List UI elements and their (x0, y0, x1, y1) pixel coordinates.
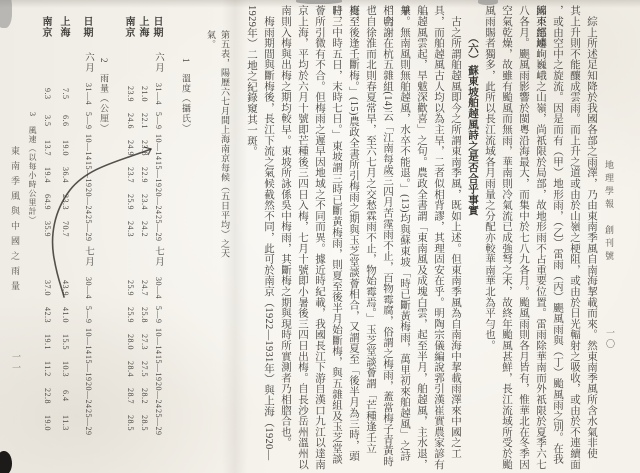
article-column: ，或由空中之旋流。因是而有（甲）地形雨，（乙）雷雨（丙）颶風雨與（丁）颱風雨之別… (549, 5, 566, 470)
article-text-block: 綜上所述足知降於我國各部之雨澤，乃由東南季風自南海挈載而來。然東南季風所含水氣非… (242, 5, 600, 470)
article-column: 空氣乾燥，故雖有颱風而無雨，華南則冷氣流已成強弩之末，故終年颱風甚鮮，長江流域所… (498, 5, 515, 470)
ink-annotation-curve (0, 0, 230, 473)
article-column: 舶趠風雲起，旱魃深歡喜」之句。農政全書謂「東南風及成塊白雲，起至半月，舶趠風，主… (413, 5, 430, 470)
article-column: 風雨賜者獨多，此所以長江流域各月雨量之分配亦較華南華北為平勻也。 (481, 5, 498, 470)
article-column: 京上海，平均於六月十號即芒種後三四日入梅，七月十號即小暑後三四日出梅。自長沙岳州… (294, 5, 311, 470)
article-column: 夏至後逢壬斷梅。」(15)農政全書所引梅雨之期與玉芝堂談薈相合，又謂夏至「後半月… (345, 5, 362, 470)
article-column: （六）蘇東坡舶趠風詩之是否合乎事實 (464, 5, 481, 470)
article-column: 薈所引微有不合。但梅雨之遲早因地域之不同而異。據近時紀載，我國長江下游自漢口九江… (311, 5, 328, 470)
scan-artifact (296, 0, 342, 4)
right-running-title: 地理學報 創刊號 (603, 160, 616, 290)
article-column: 綜上所述足知降於我國各部之雨澤，乃由東南季風自南海挈載而來。然東南季風所含水氣非… (583, 5, 600, 470)
article-column: 綿不絕嶙峋巍峨之山嶺，尚祇限於局部，故地形雨不占重要位置。雷雨除華南而外祇限於夏… (532, 5, 549, 470)
article-column: 八各月。颶風雨影響於閩粵沿海最大，而集中於七八九各月。颱風雨則各月皆有，惟華北在… (515, 5, 532, 470)
article-column: 1929年）二地之紀錄窺其一斑。 (243, 5, 260, 470)
article-column: 古之所謂舶趠風即今之所謂東南季風，既如上述。但東南季風為自南海中挈載雨澤來中國之… (447, 5, 464, 470)
article-column: 其上升則不能釀成雲雨。而上升之道或由於山嶺之梗阻，或由於日光輻射之吸收，或由於不… (566, 5, 583, 470)
article-column: 具，而舶趠風古人均以為主旱，二者似相背謬，其理固安在乎。明陶宗儀編說郛引漢崔實農… (430, 5, 447, 470)
article-column: 日，中時五日，末時七日。」東坡謂三時已斷黃梅雨，則夏至後半月始斷梅，與五雜組及玉… (328, 5, 345, 470)
right-page-number: 一〇 (604, 328, 617, 350)
article-column: 。明謝在杭五雜組(14)云「江南每歲三四月苦霪雨不止，百物霉腐，俗謂之梅雨，蓋當… (379, 5, 396, 470)
article-column: 。自徐淮而北則春夏常旱，至六七月之交愁霖雨不止，物始霉焉。」玉芝堂談薈謂「芒種逢… (362, 5, 379, 470)
article-column: 旱。無南風則無舶趠風，水卒不能退。」(13)均與蘇東坡「時已斷黃梅雨，萬里初來舶… (396, 5, 413, 470)
scanned-journal-spread: 地理學報 創刊號 一〇 綜上所述足知降於我國各部之雨澤，乃由東南季風自南海挈載而… (0, 0, 640, 473)
article-column: 南則入梅與出梅之期均較早。東坡所詠係吳中梅雨，其斷梅之期與現時所實測者乃相脗合也… (277, 5, 294, 470)
article-column: 梅雨期間與斷梅後，長江下流之氣候截然不同，此可於南京（1922—1931年）與上… (260, 5, 277, 470)
